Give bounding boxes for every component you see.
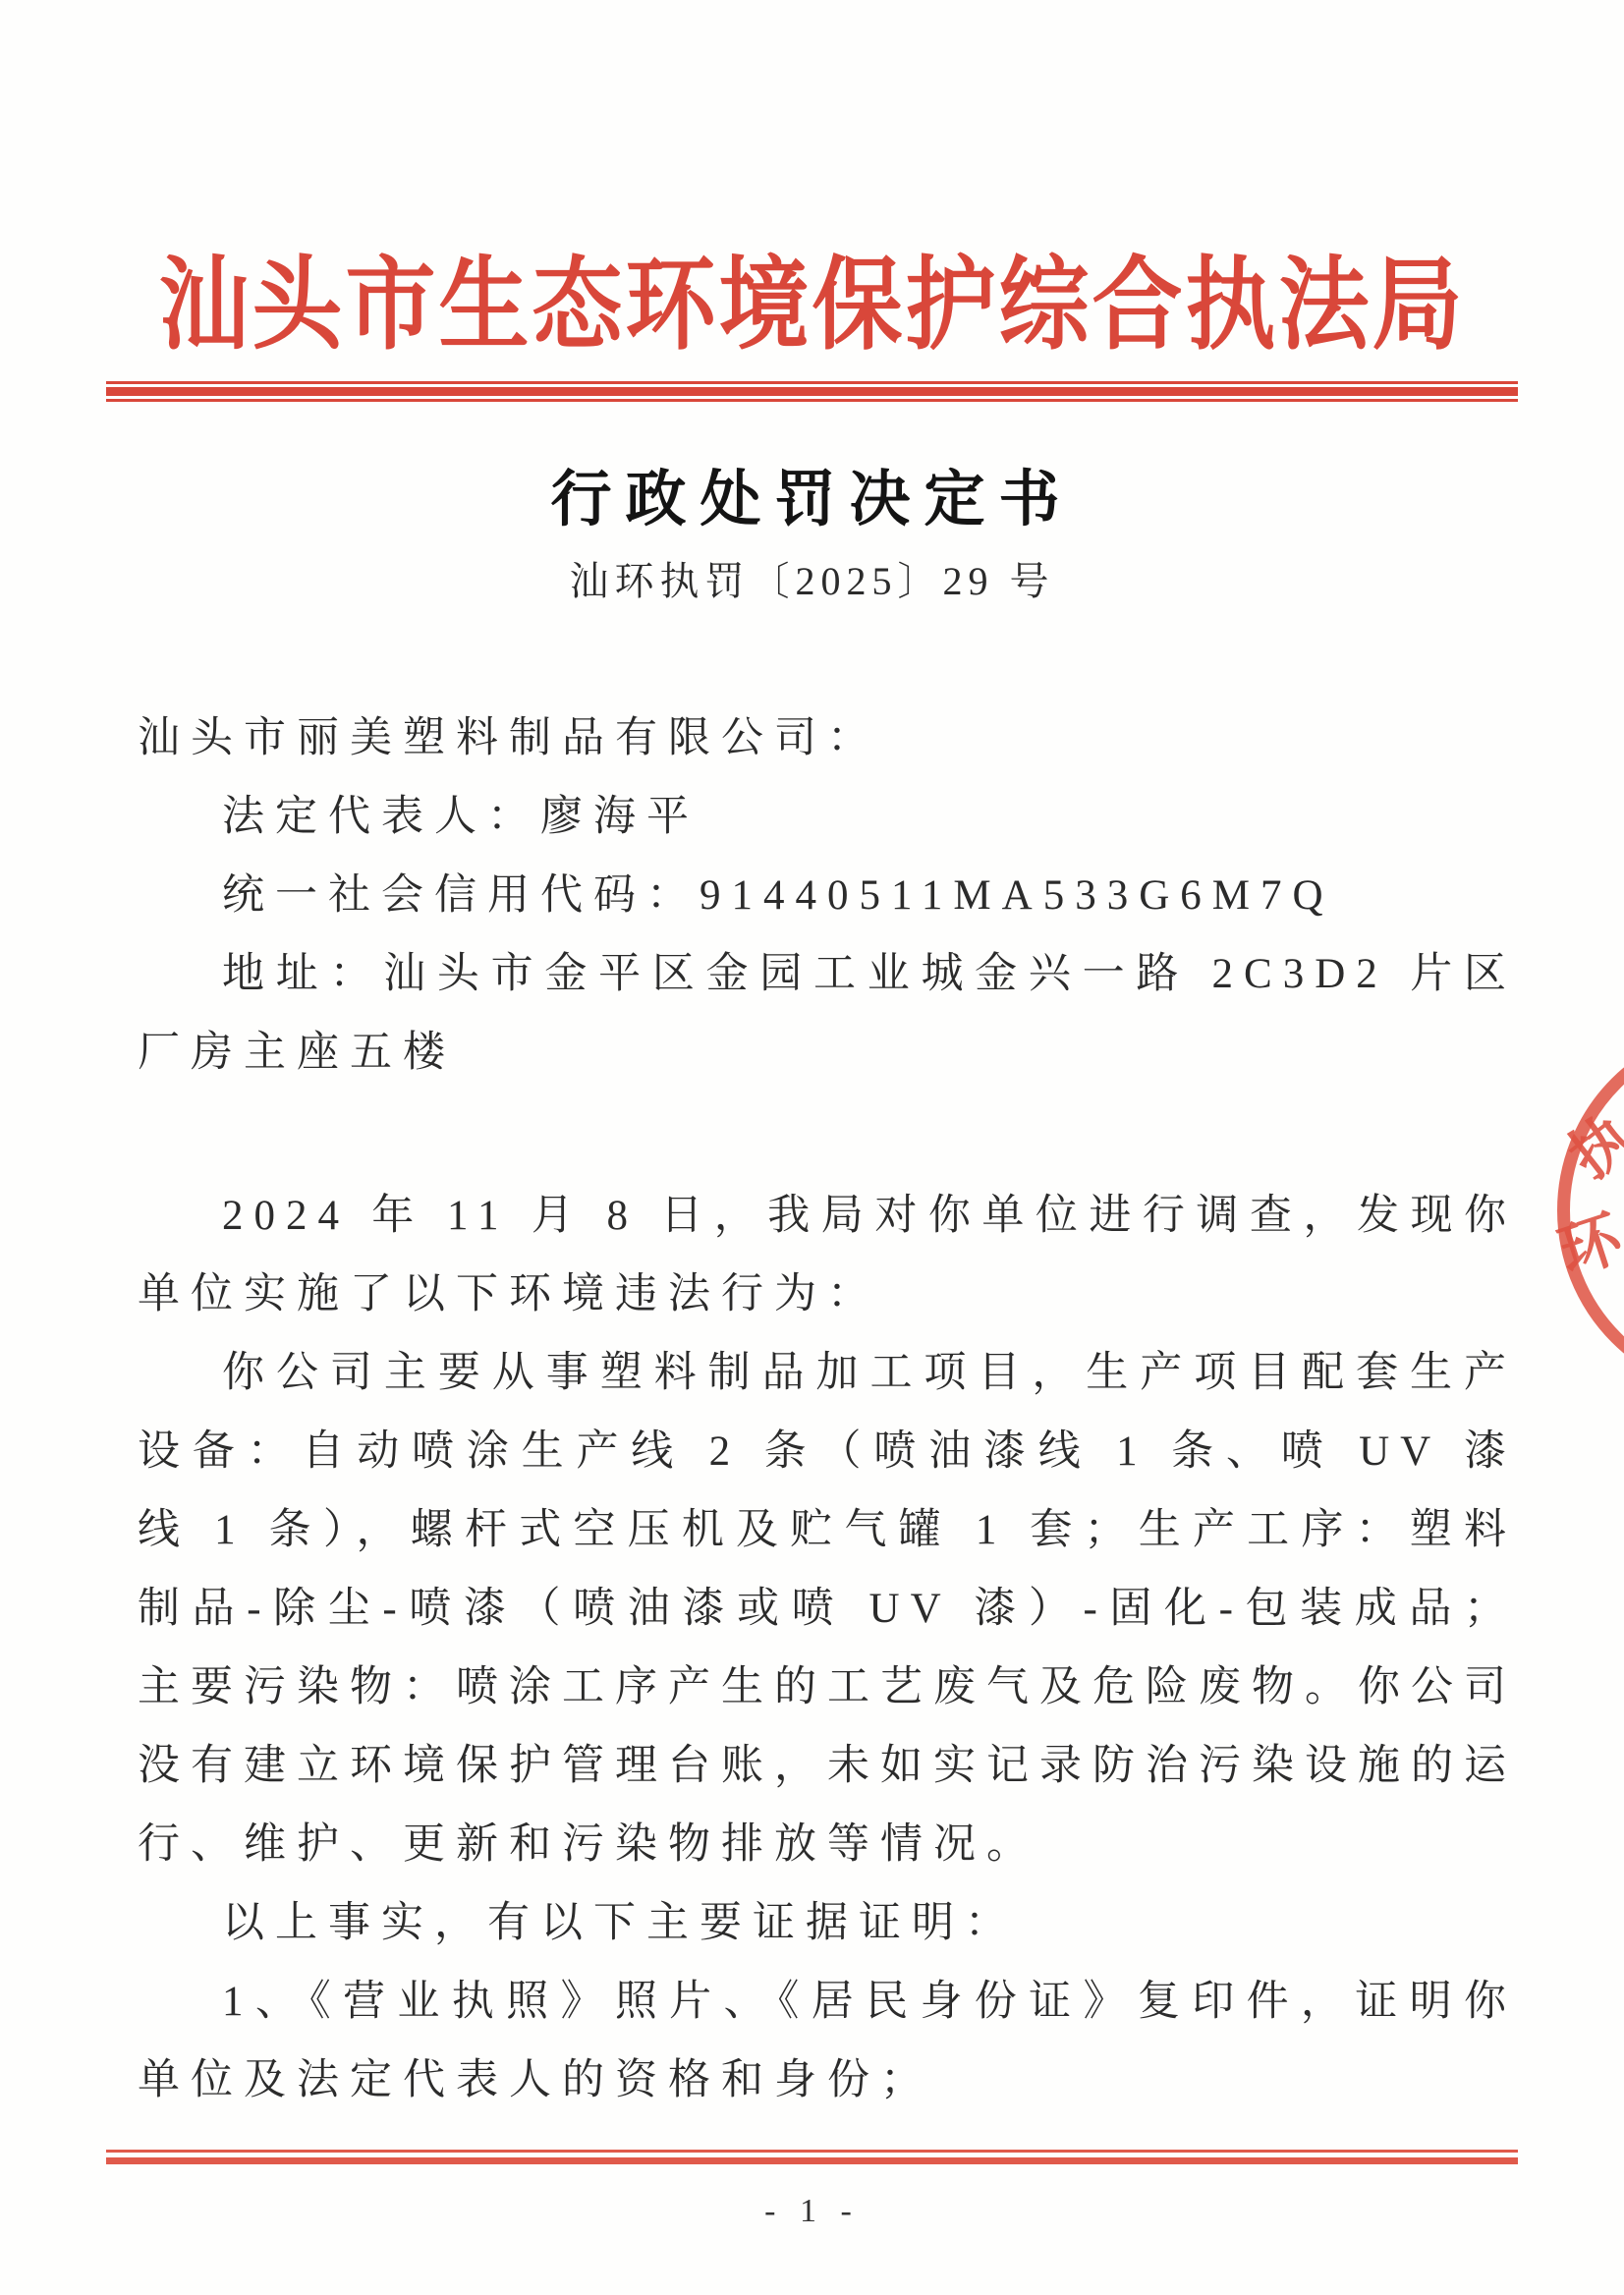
scanned-official-document: 汕头市生态环境保护综合执法局 行政处罚决定书 汕环执罚〔2025〕29 号 汕头…	[0, 0, 1624, 2295]
divider-thick-line	[106, 387, 1518, 396]
facts-paragraph: 你公司主要从事塑料制品加工项目，生产项目配套生产设备：自动喷涂生产线 2 条（喷…	[138, 1334, 1517, 1884]
divider-thick-line	[106, 2157, 1518, 2164]
address-line: 地址：汕头市金平区金园工业城金兴一路 2C3D2 片区厂房主座五楼	[138, 935, 1517, 1092]
investigation-paragraph: 2024 年 11 月 8 日，我局对你单位进行调查，发现你单位实施了以下环境违…	[138, 1177, 1517, 1334]
page-number: - 1 -	[0, 2193, 1624, 2230]
document-number: 汕环执罚〔2025〕29 号	[0, 550, 1624, 606]
evidence-item-1-paragraph: 1、《营业执照》照片、《居民身份证》复印件，证明你单位及法定代表人的资格和身份；	[138, 1963, 1517, 2120]
recipient-line: 汕头市丽美塑料制品有限公司：	[138, 700, 1517, 778]
letterhead-agency-name: 汕头市生态环境保护综合执法局	[0, 224, 1624, 369]
credit-code-line: 统一社会信用代码：91440511MA533G6M7Q	[138, 857, 1517, 935]
document-title: 行政处罚决定书	[0, 450, 1624, 537]
letterhead-divider	[106, 381, 1518, 402]
evidence-intro-paragraph: 以上事实，有以下主要证据证明：	[138, 1884, 1517, 1963]
footer-divider	[106, 2150, 1518, 2164]
legal-representative-line: 法定代表人：廖海平	[138, 778, 1517, 857]
divider-thin-line	[106, 399, 1518, 402]
document-body: 汕头市丽美塑料制品有限公司： 法定代表人：廖海平 统一社会信用代码：914405…	[138, 700, 1517, 2120]
